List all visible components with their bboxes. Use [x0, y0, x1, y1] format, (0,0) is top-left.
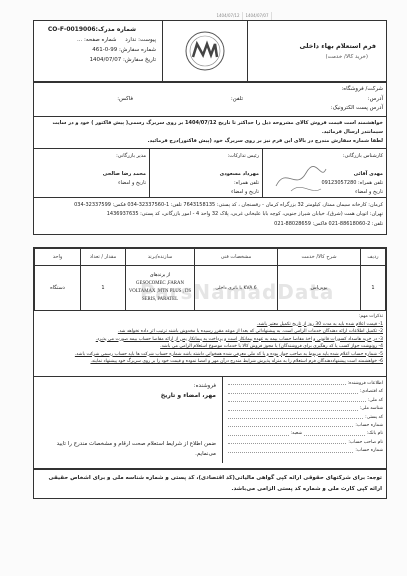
- field-postal-code[interactable]: کد پستی:: [226, 414, 383, 422]
- tehran-address: تهران: اتوبان همت (شرق)، خیابان شیراز جن…: [37, 210, 383, 220]
- form-header: فرم استعلام بهاء داخلی (خرید کالا/ خدمت)…: [33, 20, 387, 82]
- note-item: 4- رونوشت جواز کسب یا کد رهگیری برای فرو…: [37, 343, 383, 351]
- col-description: شرح کالا/ خدمت: [278, 249, 361, 266]
- field-bank-name[interactable]: نام بانک:شعبه:: [226, 430, 383, 438]
- request-text: خواهشمند است قیمت فروش کالای مشروحه ذیل …: [34, 117, 386, 149]
- field-national-code[interactable]: کد ملی:: [226, 397, 383, 405]
- company-logo: [162, 21, 247, 81]
- col-row: ردیف: [361, 249, 386, 266]
- vendor-contact-section: شرکت/ فروشگاه: آدرس: تلفن: فاکس: آدرس پس…: [34, 83, 386, 117]
- cell-brand: از برندهای GESOCOMEC ,FARAN VOLTAMAX ,MT…: [126, 266, 195, 311]
- table-row: 1 یوپی‌اس KVA 6 با باتری داخلی از برندها…: [35, 266, 386, 311]
- field-account-number[interactable]: شماره حساب:: [226, 422, 383, 430]
- col-brand: سازنده/برند: [126, 249, 195, 266]
- note-item: 1- قیمت اعلام شده باید به مدت 30 روز از …: [37, 321, 383, 329]
- cell-description: یوپی‌اس: [278, 266, 361, 311]
- footer-note: توجه: برای شرکتهای حقوقی ارائه کپی گواهی…: [33, 469, 387, 499]
- field-account-holder[interactable]: نام صاحب حساب:: [226, 439, 383, 447]
- col-specs: مشخصات فنی: [195, 249, 278, 266]
- items-section: ردیف شرح کالا/ خدمت مشخصات فنی سازنده/بر…: [33, 247, 387, 469]
- seller-label: فروشنده:: [40, 381, 216, 391]
- kerman-address: کرمان: کارخانه سیمان ممتاز، کیلومتر 32 ب…: [37, 201, 383, 211]
- document-meta: شماره مدرک:CO-F-0019006 پیوست: ندارد شما…: [34, 21, 162, 81]
- vendor-fields: اطلاعات فروشنده: کد اقتصادی: کد ملی: شنا…: [222, 377, 386, 463]
- cell-specs: KVA 6 با باتری داخلی: [195, 266, 278, 311]
- seller-stamp-label: مهر، امضاء و تاریخ: [40, 391, 216, 401]
- field-economic-code[interactable]: کد اقتصادی:: [226, 388, 383, 396]
- form-subtitle: (خرید کالا/ خدمت): [248, 54, 376, 60]
- table-header-row: ردیف شرح کالا/ خدمت مشخصات فنی سازنده/بر…: [35, 249, 386, 266]
- cell-unit: دستگاه: [35, 266, 81, 311]
- vendor-details: اطلاعات فروشنده: کد اقتصادی: کد ملی: شنا…: [34, 377, 386, 463]
- seller-confirmation: ضمن اطلاع از شرایط استعلام صحت ارقام و م…: [40, 439, 216, 459]
- handwritten-signature: [271, 161, 331, 195]
- col-unit: واحد: [35, 249, 81, 266]
- signatures-section: کارشناس بازرگانی: مهدی آقائی تلفن همراه:…: [34, 149, 386, 198]
- stamp-date-2: 1404/07/07: [243, 12, 272, 20]
- company-addresses: کرمان: کارخانه سیمان ممتاز، کیلومتر 32 ب…: [34, 198, 386, 233]
- note-item: 2- تکمیل اطلاعات ارائه دهندگان خدمات الز…: [37, 328, 383, 336]
- field-national-id[interactable]: شناسه ملی:: [226, 405, 383, 413]
- field-account-number-2[interactable]: شماره حساب:: [226, 447, 383, 455]
- order-number: شماره سفارش: 99-0-461: [40, 45, 156, 55]
- signature-commerce-manager: مدیر بازرگانی: محمد رضا صالحی تاریخ و ام…: [34, 149, 149, 197]
- request-form: شرکت/ فروشگاه: آدرس: تلفن: فاکس: آدرس پس…: [33, 82, 387, 235]
- cell-row: 1: [361, 266, 386, 311]
- signature-procurement-head: رئیس تدارکات: مهرداد مسعودی تلفن همراه: …: [149, 149, 262, 197]
- important-notes: تذکرات مهم: 1- قیمت اعلام شده باید به مد…: [34, 311, 386, 377]
- attachment-line: پیوست: ندارد شماره صفحه: ...: [40, 35, 156, 45]
- stamp-date-1: 1404/07/12: [214, 12, 243, 20]
- seller-signature-box: فروشنده: مهر، امضاء و تاریخ ضمن اطلاع از…: [34, 377, 222, 463]
- company-label: شرکت/ فروشگاه:: [37, 85, 383, 95]
- cell-quantity: 1: [81, 266, 126, 311]
- tehran-contact: تلفن: 2-88618060-021 فاکس: 88028659-021: [37, 220, 383, 230]
- signature-commerce-expert: کارشناس بازرگانی: مهدی آقائی تلفن همراه:…: [262, 149, 386, 197]
- order-date: تاریخ سفارش: 1404/07/07: [40, 55, 156, 65]
- doc-number: شماره مدرک:CO-F-0019006: [40, 25, 156, 35]
- form-title-block: فرم استعلام بهاء داخلی (خرید کالا/ خدمت): [247, 21, 386, 81]
- note-item: 3- در خرید هاسداد کسورات قانونی و اخذ مف…: [37, 336, 383, 344]
- field-vendor-info[interactable]: اطلاعات فروشنده:: [226, 380, 383, 388]
- address-row: آدرس: تلفن: فاکس:: [37, 95, 383, 105]
- receipt-stamps: 1404/07/12 1404/07/07: [214, 12, 272, 20]
- logo-icon: [183, 29, 227, 73]
- email-label: آدرس پست الکترونیک:: [37, 104, 383, 114]
- col-quantity: مقدار / تعداد: [81, 249, 126, 266]
- note-item: 5- شماره حساب اعلام شده باید مربوط به صا…: [37, 351, 383, 359]
- form-title: فرم استعلام بهاء داخلی: [248, 42, 376, 50]
- items-table: ردیف شرح کالا/ خدمت مشخصات فنی سازنده/بر…: [34, 248, 386, 311]
- note-item: 6- خواهشمند است پیشنهاددهندگان فرم استعل…: [37, 358, 383, 366]
- notes-title: تذکرات مهم:: [359, 314, 383, 319]
